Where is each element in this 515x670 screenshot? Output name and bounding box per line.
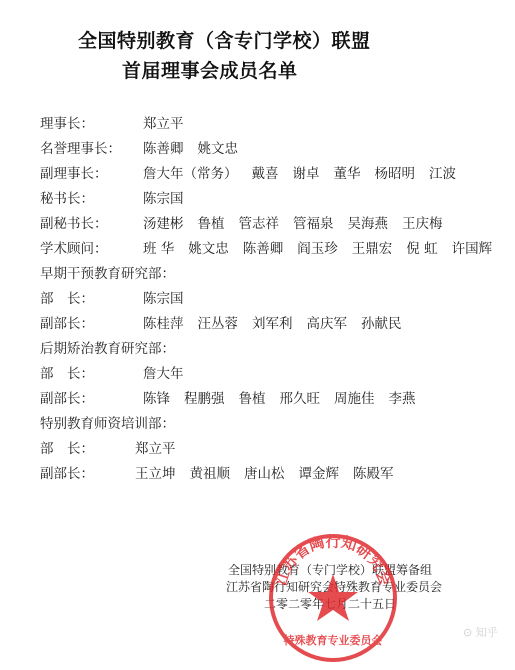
member-name: 周施佳 (334, 391, 375, 407)
member-name: 王庆梅 (402, 216, 443, 232)
member-name: 鲁植 (239, 391, 266, 407)
member-name: 陈善卿 (143, 141, 184, 157)
member-name: 江波 (429, 166, 456, 182)
role-label: 副秘书长： (40, 215, 108, 233)
member-name: 鲁植 (198, 216, 225, 232)
document-subtitle: 首届理事会成员名单 (122, 56, 515, 83)
member-names: 班 华姚文忠陈善卿阎玉珍王鼎宏倪 虹许国辉 (143, 240, 506, 258)
member-name: 唐山松 (244, 466, 285, 482)
member-name: 王鼎宏 (352, 241, 393, 257)
member-names: 陈锋程鹏强鲁植邢久旺周施佳李燕 (143, 390, 430, 408)
member-name: 詹大年（常务） (143, 166, 238, 182)
role-label: 后期矫治教育研究部： (40, 340, 175, 358)
member-name: 詹大年 (143, 366, 184, 382)
member-names: 汤建彬鲁植管志祥管福泉吴海燕王庆梅 (143, 215, 457, 233)
member-name: 高庆军 (307, 316, 348, 332)
member-names: 詹大年（常务）戴喜谢卓董华杨昭明江波 (143, 165, 470, 183)
member-name: 谭金辉 (299, 466, 340, 482)
member-name: 陈桂萍 (143, 316, 184, 332)
member-name: 陈善卿 (243, 241, 284, 257)
role-label: 副部长： (40, 465, 94, 483)
member-name: 邢久旺 (280, 391, 321, 407)
member-names: 陈宗国 (143, 290, 198, 308)
member-name: 阎玉珍 (297, 241, 338, 257)
member-name: 王立坤 (135, 466, 176, 482)
member-name: 程鹏强 (184, 391, 225, 407)
role-label: 特别教育师资培训部： (40, 415, 175, 433)
member-name: 陈殿军 (353, 466, 394, 482)
member-name: 谢卓 (293, 166, 320, 182)
member-name: 姚文忠 (188, 241, 229, 257)
role-label: 副理事长： (40, 165, 108, 183)
member-name: 汤建彬 (143, 216, 184, 232)
member-name: 姚文忠 (198, 141, 239, 157)
document-title: 全国特别教育（含专门学校）联盟 (78, 26, 515, 53)
watermark-logo: ⊙ 知乎 (463, 624, 498, 640)
role-label: 部 长： (40, 290, 94, 308)
role-label: 部 长： (40, 440, 94, 458)
stamp-bottom-text: 特殊教育专业委员会 (284, 633, 383, 647)
member-name: 陈锋 (143, 391, 170, 407)
official-seal-stamp: 江苏省陶行知研究会 特殊教育专业委员会 (265, 530, 401, 666)
member-name: 许国辉 (452, 241, 493, 257)
member-names: 王立坤黄祖顺唐山松谭金辉陈殿军 (135, 465, 408, 483)
role-label: 副部长： (40, 390, 94, 408)
member-name: 班 华 (143, 241, 174, 257)
member-name: 管志祥 (239, 216, 280, 232)
member-name: 管福泉 (293, 216, 334, 232)
star-icon (308, 574, 358, 621)
role-label: 副部长： (40, 315, 94, 333)
member-names: 陈桂萍汪丛蓉刘军利高庆军孙献民 (143, 315, 416, 333)
role-label: 理事长： (40, 115, 94, 133)
member-name: 吴海燕 (348, 216, 389, 232)
member-name: 孙献民 (361, 316, 402, 332)
member-name: 倪 虹 (406, 241, 437, 257)
member-names: 郑立平 (135, 440, 190, 458)
member-name: 董华 (334, 166, 361, 182)
role-label: 部 长： (40, 365, 94, 383)
member-names: 詹大年 (143, 365, 198, 383)
role-label: 名誉理事长： (40, 140, 121, 158)
member-name: 刘军利 (252, 316, 293, 332)
member-name: 黄祖顺 (190, 466, 231, 482)
role-label: 学术顾问： (40, 240, 108, 258)
member-name: 郑立平 (135, 441, 176, 457)
member-names: 陈善卿姚文忠 (143, 140, 252, 158)
role-label: 早期干预教育研究部： (40, 265, 175, 283)
member-names: 陈宗国 (143, 190, 198, 208)
member-names: 郑立平 (143, 115, 198, 133)
member-name: 李燕 (389, 391, 416, 407)
member-name: 杨昭明 (375, 166, 416, 182)
member-name: 汪丛蓉 (198, 316, 239, 332)
role-label: 秘书长： (40, 190, 94, 208)
member-name: 陈宗国 (143, 191, 184, 207)
member-name: 郑立平 (143, 116, 184, 132)
member-name: 陈宗国 (143, 291, 184, 307)
member-name: 戴喜 (252, 166, 279, 182)
